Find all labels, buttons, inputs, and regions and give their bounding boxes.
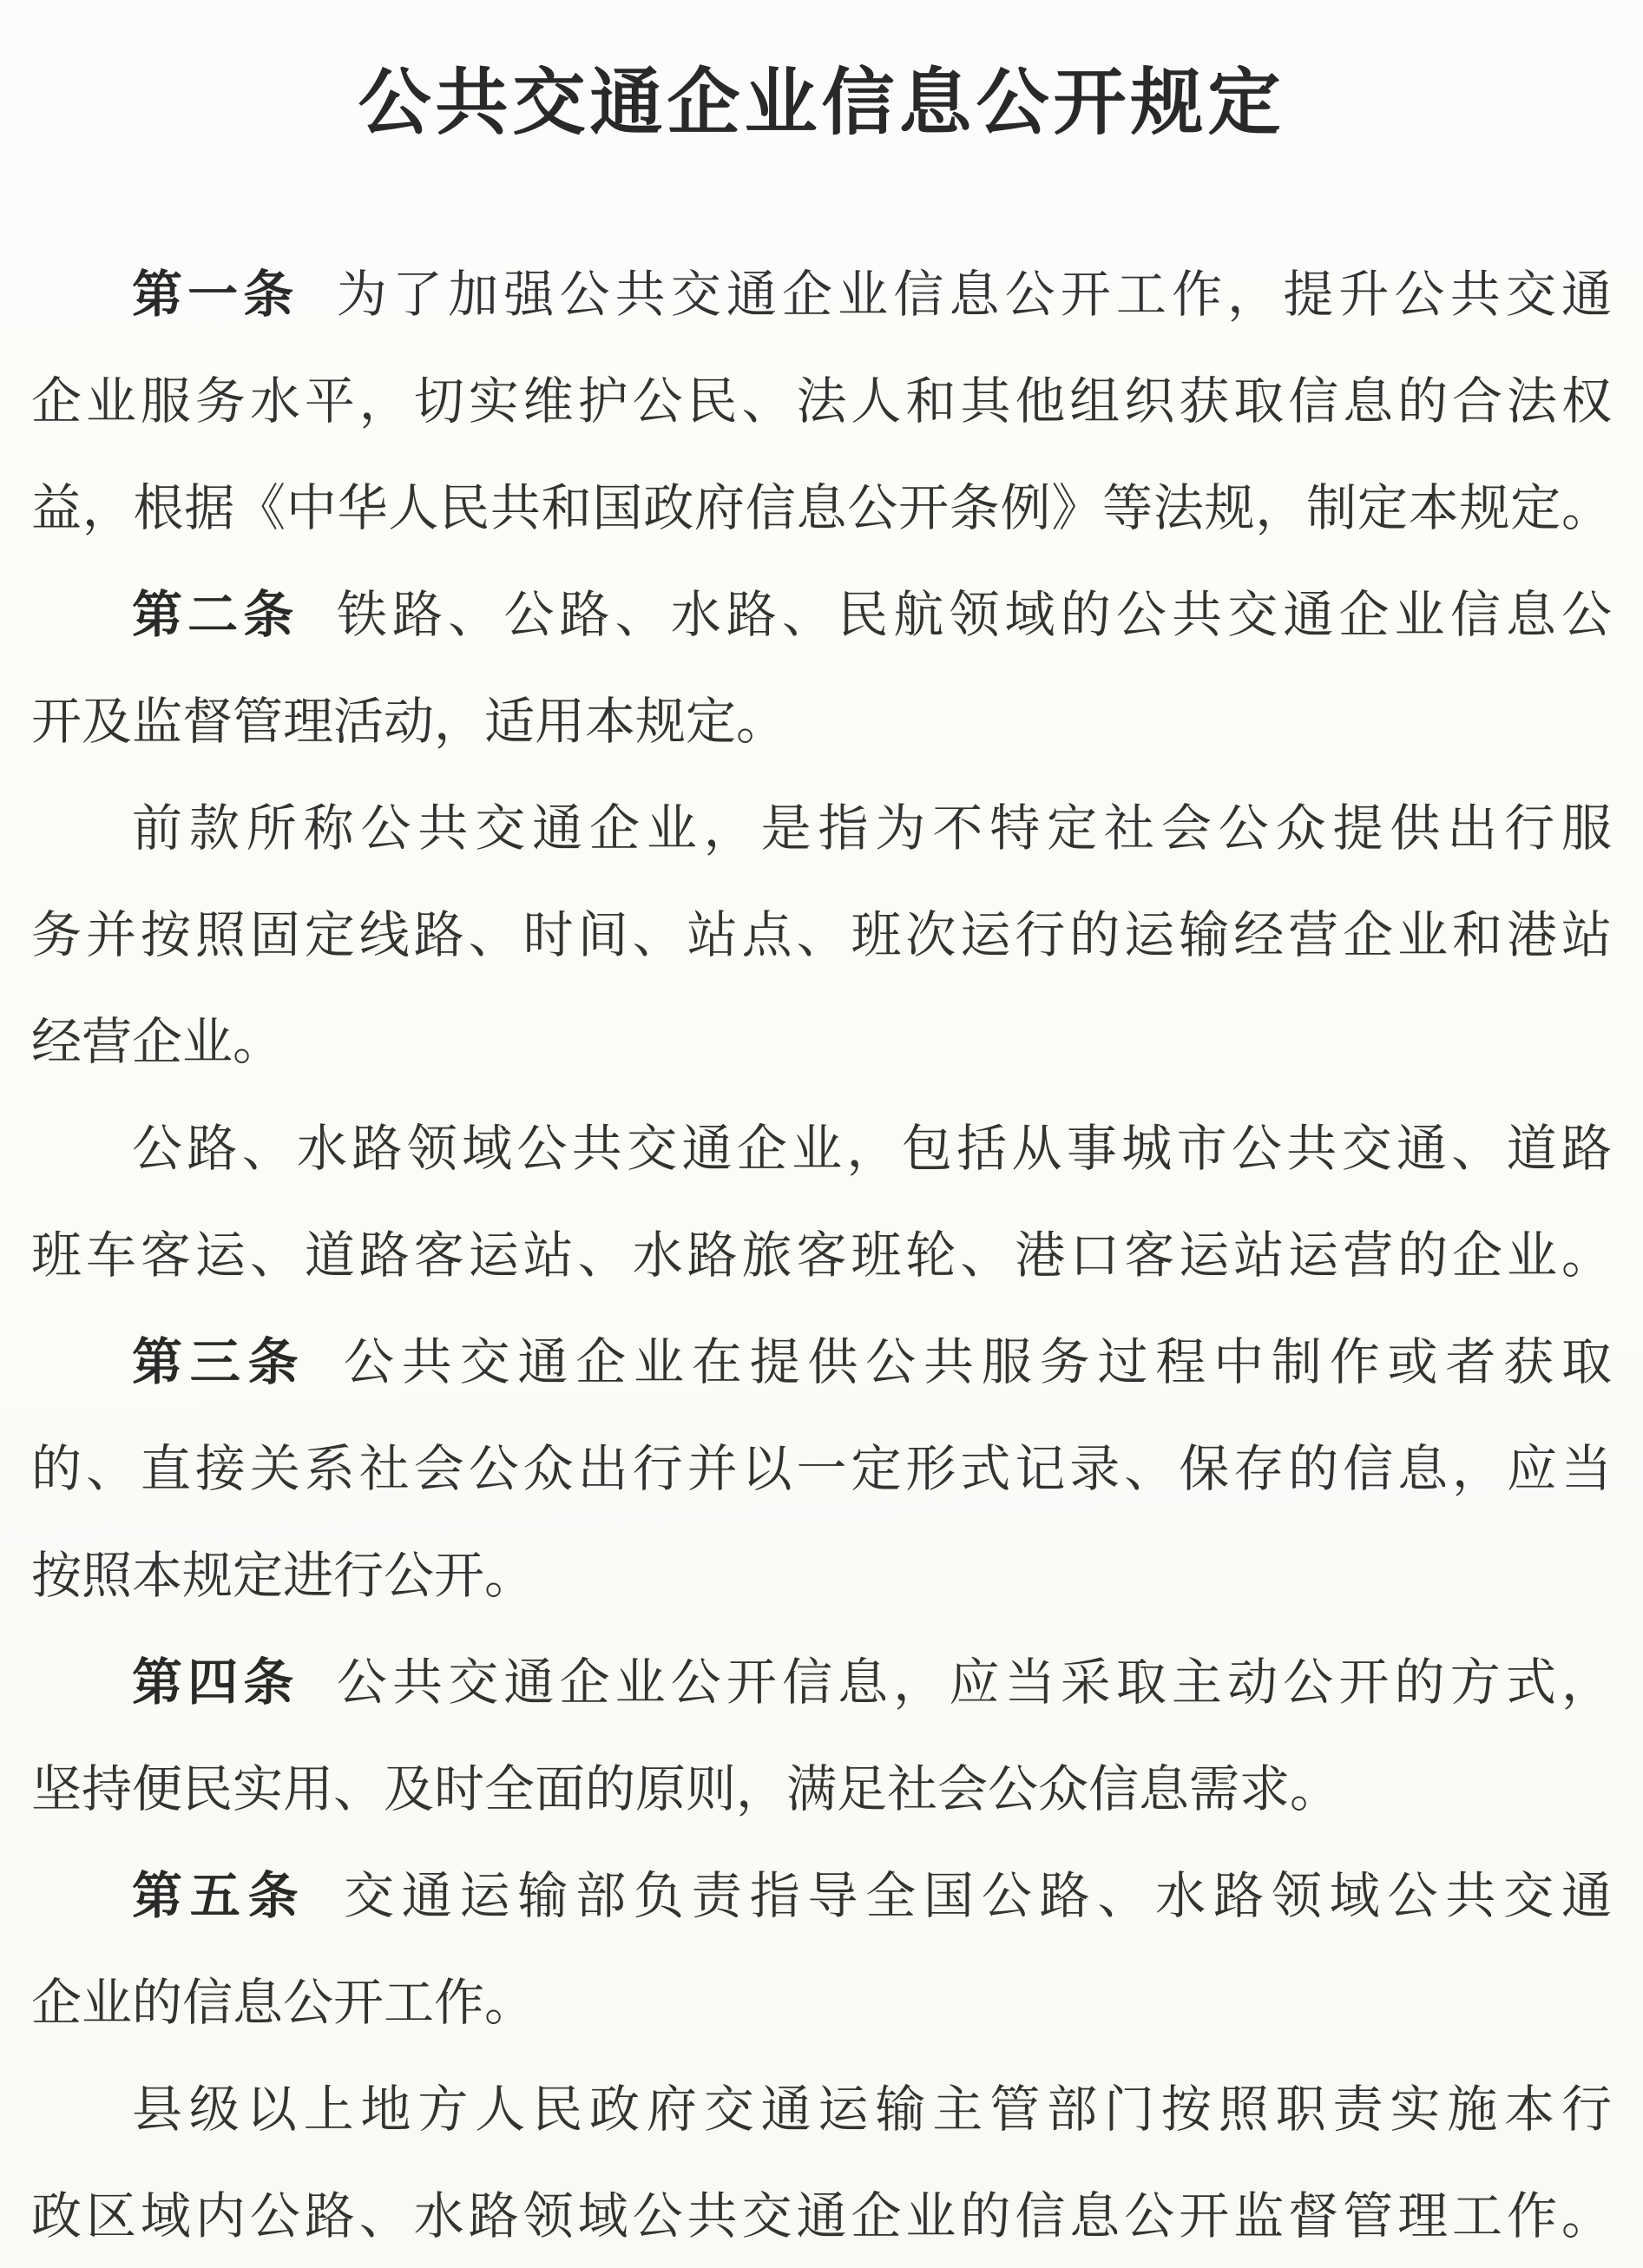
line-text: 县级以上地方人民政府交通运输主管部门按照职责实施本行 bbox=[132, 2081, 1612, 2138]
text-line: 班车客运、道路客运站、水路旅客班轮、港口客运站运营的企业。 bbox=[31, 1202, 1612, 1309]
text-line: 第四条公共交通企业公开信息，应当采取主动公开的方式， bbox=[31, 1629, 1612, 1736]
text-line: 按照本规定进行公开。 bbox=[31, 1522, 1612, 1629]
text-line: 第二条铁路、公路、水路、民航领域的公共交通企业信息公 bbox=[31, 562, 1612, 668]
text-line: 第三条公共交通企业在提供公共服务过程中制作或者获取 bbox=[31, 1309, 1612, 1416]
line-text: 铁路、公路、水路、民航领域的公共交通企业信息公 bbox=[337, 587, 1612, 643]
text-line: 经营企业。 bbox=[31, 989, 1612, 1095]
text-line: 第一条为了加强公共交通企业信息公开工作，提升公共交通 bbox=[31, 241, 1612, 348]
article-1-number: 第一条 bbox=[132, 266, 299, 323]
line-text: 公共交通企业在提供公共服务过程中制作或者获取 bbox=[344, 1334, 1612, 1390]
article-2-clause-3: 公路、水路领域公共交通企业，包括从事城市公共交通、道路 班车客运、道路客运站、水… bbox=[31, 1095, 1612, 1309]
article-5-clause-2: 县级以上地方人民政府交通运输主管部门按照职责实施本行 政区域内公路、水路领域公共… bbox=[31, 2056, 1612, 2268]
article-2-number: 第二条 bbox=[132, 587, 299, 643]
text-line: 务并按照固定线路、时间、站点、班次运行的运输经营企业和港站 bbox=[31, 882, 1612, 989]
text-line: 开及监督管理活动，适用本规定。 bbox=[31, 668, 1612, 775]
article-3-number: 第三条 bbox=[132, 1334, 306, 1390]
text-line: 的、直接关系社会公众出行并以一定形式记录、保存的信息，应当 bbox=[31, 1416, 1612, 1522]
text-line: 政区域内公路、水路领域公共交通企业的信息公开监督管理工作。 bbox=[31, 2163, 1612, 2268]
text-line: 企业服务水平，切实维护公民、法人和其他组织获取信息的合法权 bbox=[31, 348, 1612, 455]
text-line: 坚持便民实用、及时全面的原则，满足社会公众信息需求。 bbox=[31, 1736, 1612, 1843]
article-5: 第五条交通运输部负责指导全国公路、水路领域公共交通 企业的信息公开工作。 bbox=[31, 1843, 1612, 2056]
text-line: 第五条交通运输部负责指导全国公路、水路领域公共交通 bbox=[31, 1843, 1612, 1949]
article-4: 第四条公共交通企业公开信息，应当采取主动公开的方式， 坚持便民实用、及时全面的原… bbox=[31, 1629, 1612, 1843]
line-text: 公路、水路领域公共交通企业，包括从事城市公共交通、道路 bbox=[132, 1121, 1612, 1177]
text-line: 企业的信息公开工作。 bbox=[31, 1949, 1612, 2056]
text-line: 前款所称公共交通企业，是指为不特定社会公众提供出行服 bbox=[31, 775, 1612, 882]
text-line: 公路、水路领域公共交通企业，包括从事城市公共交通、道路 bbox=[31, 1095, 1612, 1202]
line-text: 为了加强公共交通企业信息公开工作，提升公共交通 bbox=[337, 266, 1612, 323]
article-5-number: 第五条 bbox=[132, 1868, 306, 1924]
scanned-document-page: 公共交通企业信息公开规定 第一条为了加强公共交通企业信息公开工作，提升公共交通 … bbox=[0, 0, 1643, 2268]
text-line: 益，根据《中华人民共和国政府信息公开条例》等法规，制定本规定。 bbox=[31, 455, 1612, 562]
article-2: 第二条铁路、公路、水路、民航领域的公共交通企业信息公 开及监督管理活动，适用本规… bbox=[31, 562, 1612, 775]
text-line: 县级以上地方人民政府交通运输主管部门按照职责实施本行 bbox=[31, 2056, 1612, 2163]
article-2-clause-2: 前款所称公共交通企业，是指为不特定社会公众提供出行服 务并按照固定线路、时间、站… bbox=[31, 775, 1612, 1095]
article-4-number: 第四条 bbox=[132, 1654, 299, 1711]
article-3: 第三条公共交通企业在提供公共服务过程中制作或者获取 的、直接关系社会公众出行并以… bbox=[31, 1309, 1612, 1629]
article-1: 第一条为了加强公共交通企业信息公开工作，提升公共交通 企业服务水平，切实维护公民… bbox=[31, 241, 1612, 562]
line-text: 前款所称公共交通企业，是指为不特定社会公众提供出行服 bbox=[132, 800, 1612, 857]
line-text: 交通运输部负责指导全国公路、水路领域公共交通 bbox=[344, 1868, 1612, 1924]
document-title: 公共交通企业信息公开规定 bbox=[0, 0, 1643, 151]
document-body: 第一条为了加强公共交通企业信息公开工作，提升公共交通 企业服务水平，切实维护公民… bbox=[0, 241, 1643, 2268]
line-text: 公共交通企业公开信息，应当采取主动公开的方式， bbox=[337, 1654, 1612, 1711]
